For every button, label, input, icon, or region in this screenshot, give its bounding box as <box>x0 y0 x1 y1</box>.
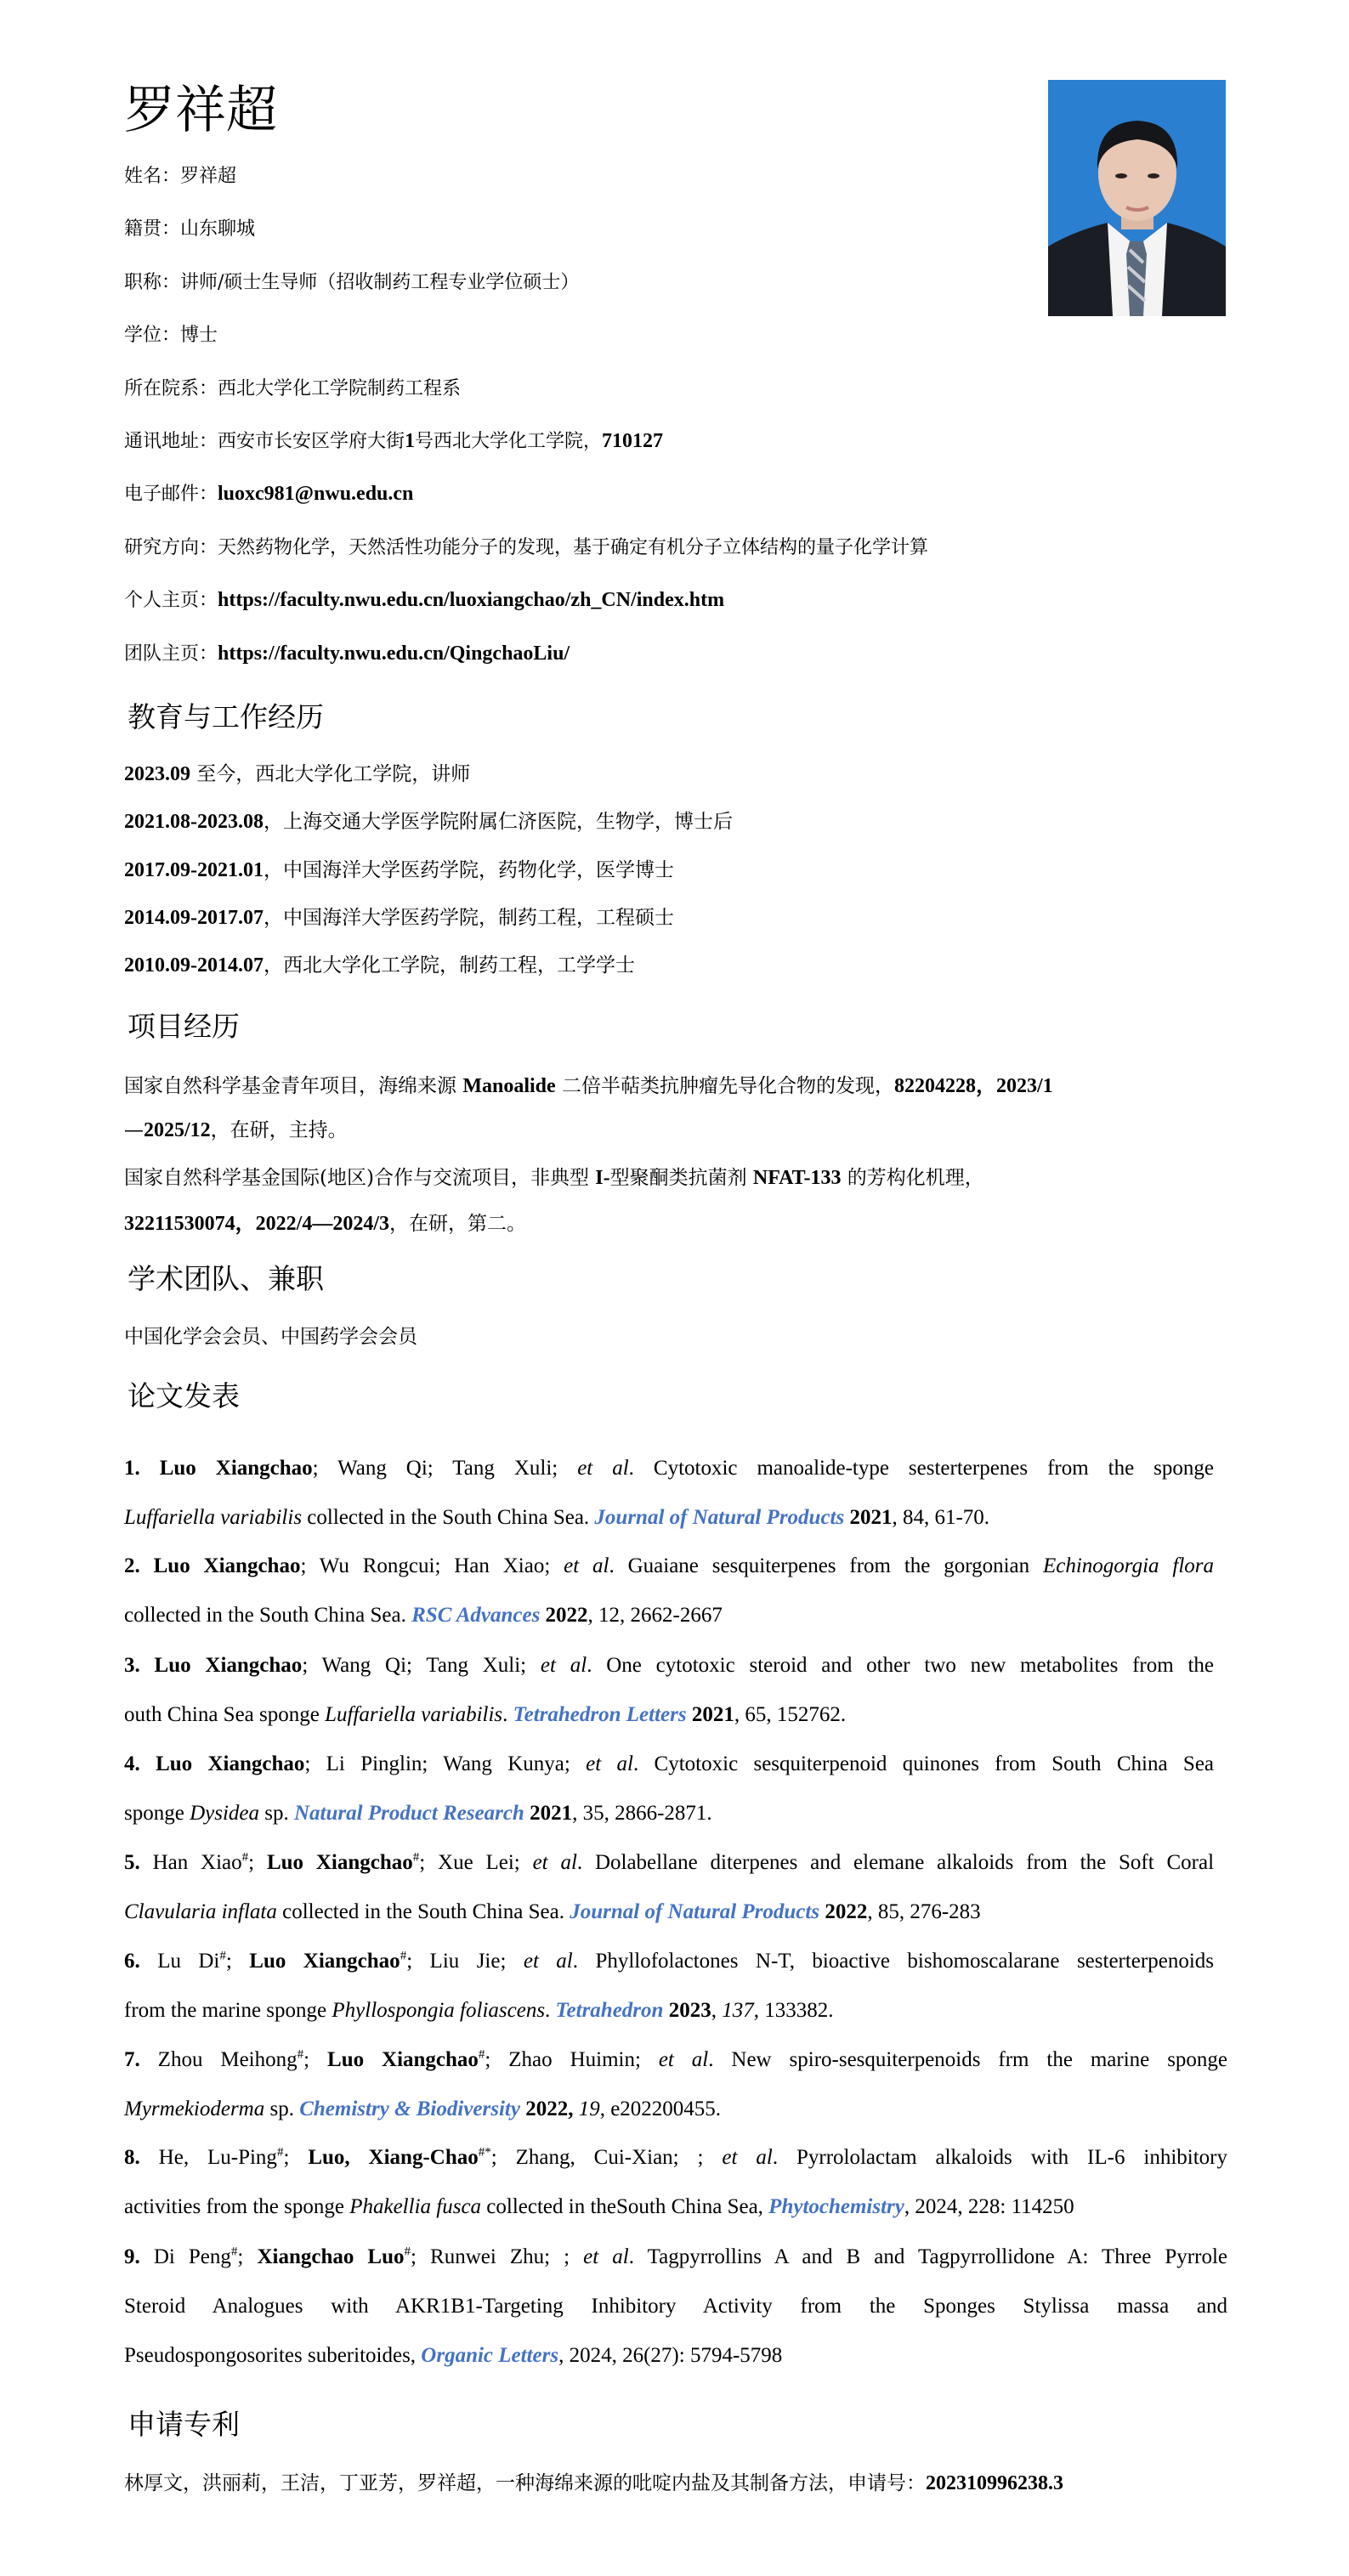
text: activities from the sponge <box>124 2195 349 2218</box>
text: . <box>502 1703 513 1726</box>
bold-text: 2021 <box>849 1506 892 1529</box>
text: Zhou Meihong <box>158 2048 298 2071</box>
text: . One cytotoxic steroid and other two ne… <box>587 1654 1214 1677</box>
italic-text: et al <box>533 1851 577 1874</box>
info-label: 通讯地址： <box>124 431 218 452</box>
publication-number: 7. <box>124 2048 158 2071</box>
text: ; Runwei Zhu; ; <box>411 2245 583 2268</box>
journal-link[interactable]: Natural Product Research <box>294 1802 524 1825</box>
text: ; <box>248 1851 267 1874</box>
text: from the marine sponge <box>124 1999 332 2022</box>
journal-link[interactable]: Chemistry & Biodiversity <box>299 2098 520 2120</box>
publication-number: 9. <box>124 2245 154 2268</box>
publication-number: 8. <box>124 2146 159 2169</box>
text: Han Xiao <box>153 1851 242 1874</box>
publication-number: 2. <box>124 1554 154 1577</box>
italic-text: Echinogorgia flora <box>1043 1554 1214 1577</box>
italic-text: et al <box>659 2048 708 2071</box>
bold-text: Luo Xiangchao <box>155 1654 303 1677</box>
education-date: 2023.09 <box>124 763 190 785</box>
italic-text: et al <box>586 1752 633 1775</box>
italic-text: Myrmekioderma <box>124 2098 264 2120</box>
info-research: 研究方向：天然药物化学，天然活性功能分子的发现，基于确定有机分子立体结构的量子化… <box>124 535 928 561</box>
text: , <box>711 1999 723 2022</box>
italic-text: 137 <box>722 1999 754 2022</box>
info-degree: 学位：博士 <box>124 322 218 348</box>
portrait-image <box>1048 80 1226 316</box>
education-date: 2010.09-2014.07 <box>124 954 264 977</box>
publication-line: Steroid Analogues with AKR1B1-Targeting … <box>124 2282 1227 2331</box>
bold-text: 2023 <box>669 1999 711 2022</box>
education-text: ，中国海洋大学医药学院，制药工程，工程硕士 <box>264 907 674 929</box>
text: ; <box>283 2146 308 2169</box>
journal-link[interactable]: Tetrahedron <box>556 1999 664 2022</box>
publication-number: 3. <box>124 1654 155 1677</box>
text: ; Liu Jie; <box>406 1950 524 1973</box>
publication-item: 1. Luo Xiangchao; Wang Qi; Tang Xuli; et… <box>124 1444 1214 1543</box>
publication-line: 4. Luo Xiangchao; Li Pinglin; Wang Kunya… <box>124 1740 1214 1789</box>
text: ; Wu Rongcui; Han Xiao; <box>300 1554 564 1577</box>
info-value: 山东聊城 <box>180 218 255 240</box>
education-text: 至今，西北大学化工学院，讲师 <box>190 763 470 785</box>
address-number: 1 <box>405 430 415 452</box>
education-text: ，上海交通大学医学院附属仁济医院，生物学，博士后 <box>264 811 733 833</box>
journal-link[interactable]: RSC Advances <box>411 1604 540 1627</box>
info-department: 所在院系：西北大学化工学院制药工程系 <box>124 376 461 402</box>
publication-line: Pseudospongosorites suberitoides, Organi… <box>124 2331 1227 2381</box>
publication-item: 8. He, Lu-Ping#; Luo, Xiang-Chao#*; Zhan… <box>124 2133 1227 2232</box>
publication-item: 5. Han Xiao#; Luo Xiangchao#; Xue Lei; e… <box>124 1838 1214 1937</box>
education-item: 2021.08-2023.08，上海交通大学医学院附属仁济医院，生物学，博士后 <box>124 809 733 835</box>
italic-text: et al <box>524 1950 573 1973</box>
section-heading-education: 教育与工作经历 <box>128 700 324 734</box>
text: Steroid Analogues with AKR1B1-Targeting … <box>124 2295 1227 2318</box>
project-item-line: —2025/12，在研，主持。 <box>124 1118 348 1143</box>
text: , 12, 2662-2667 <box>588 1604 723 1627</box>
text: sp. <box>264 2098 299 2120</box>
bold-text: 2021 <box>692 1703 734 1726</box>
info-title: 职称：讲师/硕士生导师（招收制药工程专业学位硕士） <box>124 269 579 296</box>
text: ; <box>237 2245 257 2268</box>
text: ; Zhao Huimin; <box>485 2048 658 2071</box>
info-value: 博士 <box>180 325 218 346</box>
text: , 2024, 228: 114250 <box>904 2195 1074 2218</box>
education-date: 2014.09-2017.07 <box>124 907 264 929</box>
publication-line: 5. Han Xiao#; Luo Xiangchao#; Xue Lei; e… <box>124 1838 1214 1888</box>
text: . Tagpyrrollins A and B and Tagpyrrollid… <box>629 2245 1227 2268</box>
project-text: 的芳构化机理， <box>841 1167 983 1189</box>
bold-text: Luo, Xiang-Chao <box>308 2146 478 2169</box>
text: . New spiro-sesquiterpenoids frm the mar… <box>708 2048 1227 2071</box>
publication-line: Clavularia inflata collected in the Sout… <box>124 1888 1214 1937</box>
text: . Cytotoxic sesquiterpenoid quinones fro… <box>633 1752 1214 1775</box>
bold-text: Luo Xiangchao <box>249 1950 400 1973</box>
text: . Dolabellane diterpenes and elemane alk… <box>577 1851 1214 1874</box>
bold-text: 2022, <box>525 2098 573 2120</box>
section-heading-projects: 项目经历 <box>128 1010 240 1044</box>
project-status: ，在研，主持。 <box>211 1119 348 1141</box>
publication-item: 9. Di Peng#; Xiangchao Luo#; Runwei Zhu;… <box>124 2233 1227 2381</box>
publication-line: 8. He, Lu-Ping#; Luo, Xiang-Chao#*; Zhan… <box>124 2133 1227 2183</box>
text: . Pyrrololactam alkaloids with IL-6 inhi… <box>773 2146 1227 2169</box>
info-label: 所在院系： <box>124 378 218 399</box>
patent-text: 林厚文，洪丽莉，王洁，丁亚芳，罗祥超，一种海绵来源的吡啶内盐及其制备方法，申请号… <box>124 2472 926 2494</box>
postal-code: 710127 <box>602 430 663 452</box>
text: , 2024, 26(27): 5794-5798 <box>558 2344 782 2367</box>
publication-item: 7. Zhou Meihong#; Luo Xiangchao#; Zhao H… <box>124 2035 1227 2134</box>
publication-line: sponge Dysidea sp. Natural Product Resea… <box>124 1789 1214 1838</box>
email-link[interactable]: luoxc981@nwu.edu.cn <box>218 483 413 505</box>
info-value: 天然药物化学，天然活性功能分子的发现，基于确定有机分子立体结构的量子化学计算 <box>218 537 928 558</box>
italic-text: Luffariella variabilis <box>325 1703 502 1726</box>
project-compound: NFAT-133 <box>753 1167 842 1189</box>
text: . Cytotoxic manoalide-type sesterterpene… <box>629 1457 1214 1480</box>
italic-text: et al <box>577 1457 628 1480</box>
cofirst-author-mark: #* <box>479 2146 491 2160</box>
project-grant-number: 82204228，2023/1 <box>894 1075 1053 1097</box>
text: , e202200455. <box>600 2098 721 2120</box>
info-label: 姓名： <box>124 166 180 187</box>
publication-item: 3. Luo Xiangchao; Wang Qi; Tang Xuli; et… <box>124 1641 1214 1740</box>
publication-line: Luffariella variabilis collected in the … <box>124 1493 1214 1543</box>
text: collected in the South China Sea. <box>277 1900 570 1923</box>
bold-text: 2021 <box>530 1802 572 1825</box>
publication-line: 2. Luo Xiangchao; Wu Rongcui; Han Xiao; … <box>124 1542 1214 1591</box>
text: , 35, 2866-2871. <box>572 1802 712 1825</box>
info-value: 讲师/硕士生导师（招收制药工程专业学位硕士） <box>180 272 579 293</box>
text: . Phyllofolactones N-T, bioactive bishom… <box>573 1950 1214 1973</box>
bold-text: 2022 <box>825 1900 867 1923</box>
italic-text: et al <box>722 2146 772 2169</box>
publication-line: Myrmekioderma sp. Chemistry & Biodiversi… <box>124 2085 1227 2134</box>
text: Pseudospongosorites suberitoides, <box>124 2344 421 2367</box>
bold-text: Luo Xiangchao <box>156 1752 304 1775</box>
publication-item: 2. Luo Xiangchao; Wu Rongcui; Han Xiao; … <box>124 1542 1214 1640</box>
italic-text: et al <box>564 1554 609 1577</box>
bold-text: 2022 <box>546 1604 588 1627</box>
education-date: 2021.08-2023.08 <box>124 811 264 833</box>
patent-number: 202310996238.3 <box>926 2472 1063 2494</box>
text: , 85, 276-283 <box>867 1900 980 1923</box>
info-name: 姓名：罗祥超 <box>124 163 236 190</box>
bold-text: Luo Xiangchao <box>154 1554 301 1577</box>
patent-item: 林厚文，洪丽莉，王洁，丁亚芳，罗祥超，一种海绵来源的吡啶内盐及其制备方法，申请号… <box>124 2471 1063 2496</box>
bold-text: Xiangchao Luo <box>257 2245 404 2268</box>
education-text: ，中国海洋大学医药学院，药物化学，医学博士 <box>264 859 674 881</box>
italic-text: et al <box>583 2245 629 2268</box>
address-part: 号西北大学化工学院， <box>415 431 602 452</box>
publication-line: 1. Luo Xiangchao; Wang Qi; Tang Xuli; et… <box>124 1444 1214 1493</box>
project-text: 国家自然科学基金青年项目，海绵来源 <box>124 1075 462 1097</box>
journal-link[interactable]: Phytochemistry <box>768 2195 904 2218</box>
project-text: — <box>124 1119 144 1141</box>
project-grant-number: 32211530074，2022/4—2024/3 <box>124 1213 389 1235</box>
text: Lu Di <box>157 1950 219 1973</box>
publication-number: 5. <box>124 1851 153 1874</box>
publication-item: 4. Luo Xiangchao; Li Pinglin; Wang Kunya… <box>124 1740 1214 1838</box>
text: outh China Sea sponge <box>124 1703 325 1726</box>
publication-line: activities from the sponge Phakellia fus… <box>124 2183 1227 2232</box>
team-text: 中国化学会会员、中国药学会会员 <box>124 1324 417 1350</box>
text: collected in the South China Sea. <box>124 1604 411 1627</box>
italic-text: 19 <box>579 2098 600 2120</box>
text: , 84, 61-70. <box>892 1506 989 1529</box>
publication-number: 1. <box>124 1457 160 1480</box>
bold-text: Luo Xiangchao <box>160 1457 313 1480</box>
info-label: 团队主页： <box>124 643 218 665</box>
text: ; Wang Qi; Tang Xuli; <box>313 1457 578 1480</box>
publication-line: 6. Lu Di#; Luo Xiangchao#; Liu Jie; et a… <box>124 1937 1214 1986</box>
publication-line: collected in the South China Sea. RSC Ad… <box>124 1591 1214 1640</box>
project-date: 2025/12 <box>144 1119 211 1141</box>
page-title: 罗祥超 <box>124 80 277 141</box>
education-item: 2017.09-2021.01，中国海洋大学医药学院，药物化学，医学博士 <box>124 858 674 883</box>
info-value: 西北大学化工学院制药工程系 <box>218 378 461 399</box>
italic-text: Dysidea <box>190 1802 259 1825</box>
publication-line: from the marine sponge Phyllospongia fol… <box>124 1986 1214 2035</box>
info-email: 电子邮件：luoxc981@nwu.edu.cn <box>124 481 413 507</box>
section-heading-publications: 论文发表 <box>128 1379 240 1413</box>
journal-link[interactable]: Journal of Natural Products <box>570 1900 819 1923</box>
text: , 133382. <box>754 1999 834 2022</box>
info-label: 学位： <box>124 325 180 346</box>
italic-text: et al <box>541 1654 587 1677</box>
publication-line: 9. Di Peng#; Xiangchao Luo#; Runwei Zhu;… <box>124 2233 1227 2282</box>
text: ; Xue Lei; <box>419 1851 532 1874</box>
homepage-link[interactable]: https://faculty.nwu.edu.cn/luoxiangchao/… <box>218 589 724 611</box>
italic-text: Phakellia fusca <box>349 2195 481 2218</box>
journal-link[interactable]: Tetrahedron Letters <box>513 1703 687 1726</box>
project-status: ，在研，第二。 <box>389 1213 526 1235</box>
education-item: 2023.09 至今，西北大学化工学院，讲师 <box>124 761 470 787</box>
italic-text: Clavularia inflata <box>124 1900 277 1923</box>
project-text: 型聚酮类抗菌剂 <box>610 1167 753 1189</box>
education-date: 2017.09-2021.01 <box>124 859 264 881</box>
project-item-line: 国家自然科学基金青年项目，海绵来源 Manoalide 二倍半萜类抗肿瘤先导化合… <box>124 1073 1053 1099</box>
publication-item: 6. Lu Di#; Luo Xiangchao#; Liu Jie; et a… <box>124 1937 1214 2035</box>
bold-text: Luo Xiangchao <box>267 1851 413 1874</box>
publication-number: 4. <box>124 1752 156 1775</box>
info-hometown: 籍贯：山东聊城 <box>124 216 255 242</box>
education-text: ，西北大学化工学院，制药工程，工学学士 <box>264 954 635 977</box>
journal-link[interactable]: Journal of Natural Products <box>594 1506 844 1529</box>
text: ; <box>226 1950 249 1973</box>
project-text: 二倍半萜类抗肿瘤先导化合物的发现， <box>556 1075 894 1097</box>
team-page-link[interactable]: https://faculty.nwu.edu.cn/QingchaoLiu/ <box>218 643 570 665</box>
text: sponge <box>124 1802 190 1825</box>
project-type: I- <box>595 1167 609 1189</box>
info-label: 籍贯： <box>124 218 180 240</box>
text: ; <box>303 2048 327 2071</box>
italic-text: Luffariella variabilis <box>124 1506 302 1529</box>
project-text: 国家自然科学基金国际(地区)合作与交流项目，非典型 <box>124 1167 595 1189</box>
publication-line: outh China Sea sponge Luffariella variab… <box>124 1690 1214 1740</box>
text: ; Wang Qi; Tang Xuli; <box>302 1654 541 1677</box>
project-compound: Manoalide <box>462 1075 555 1097</box>
text: sp. <box>259 1802 294 1825</box>
cofirst-author-mark: # <box>219 1950 226 1963</box>
info-address: 通讯地址：西安市长安区学府大街1号西北大学化工学院，710127 <box>124 428 663 455</box>
publication-line: 3. Luo Xiangchao; Wang Qi; Tang Xuli; et… <box>124 1641 1214 1690</box>
info-label: 研究方向： <box>124 537 218 558</box>
publication-line: 7. Zhou Meihong#; Luo Xiangchao#; Zhao H… <box>124 2035 1227 2085</box>
text: , 65, 152762. <box>734 1703 846 1726</box>
text: collected in theSouth China Sea, <box>481 2195 768 2218</box>
bold-text: Luo Xiangchao <box>327 2048 479 2071</box>
info-team-page: 团队主页：https://faculty.nwu.edu.cn/Qingchao… <box>124 641 570 667</box>
text: Di Peng <box>154 2245 231 2268</box>
section-heading-patents: 申请专利 <box>128 2408 240 2442</box>
info-value: 罗祥超 <box>180 166 236 187</box>
project-item-line: 32211530074，2022/4—2024/3，在研，第二。 <box>124 1211 526 1237</box>
education-item: 2014.09-2017.07，中国海洋大学医药学院，制药工程，工程硕士 <box>124 905 674 931</box>
education-item: 2010.09-2014.07，西北大学化工学院，制药工程，工学学士 <box>124 953 635 978</box>
info-label: 电子邮件： <box>124 484 218 505</box>
publication-number: 6. <box>124 1950 157 1973</box>
info-label: 个人主页： <box>124 590 218 611</box>
text: He, Lu-Ping <box>159 2146 277 2169</box>
text: ; Li Pinglin; Wang Kunya; <box>304 1752 586 1775</box>
info-label: 职称： <box>124 272 180 293</box>
profile-photo <box>1048 80 1226 316</box>
text: collected in the South China Sea. <box>302 1506 594 1529</box>
cofirst-author-mark: # <box>405 2245 411 2259</box>
text: ; Zhang, Cui-Xian; ; <box>491 2146 723 2169</box>
italic-text: Phyllospongia foliascens <box>332 1999 545 2022</box>
text: . Guaiane sesquiterpenes from the gorgon… <box>609 1554 1043 1577</box>
info-homepage: 个人主页：https://faculty.nwu.edu.cn/luoxiang… <box>124 587 724 614</box>
section-heading-team: 学术团队、兼职 <box>128 1262 324 1296</box>
project-item-line: 国家自然科学基金国际(地区)合作与交流项目，非典型 I-型聚酮类抗菌剂 NFAT… <box>124 1165 984 1191</box>
journal-link[interactable]: Organic Letters <box>421 2344 558 2367</box>
text: . <box>545 1999 556 2022</box>
address-part: 西安市长安区学府大街 <box>218 431 405 452</box>
